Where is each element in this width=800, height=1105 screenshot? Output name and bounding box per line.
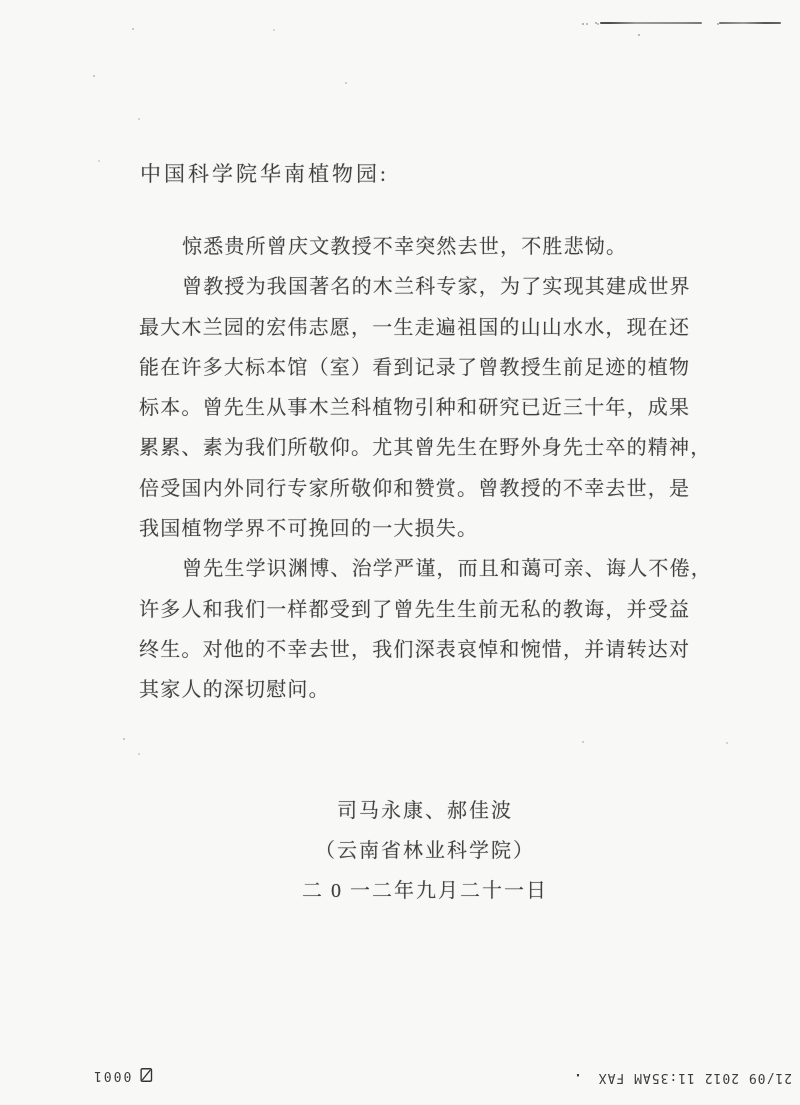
fax-page-counter: 0001 [92, 1068, 152, 1083]
letter-line: 许多人和我们一样都受到了曾先生生前无私的教诲，并受益 [139, 590, 704, 630]
letter-line: 曾先生学识渊博、治学严谨，而且和蔼可亲、诲人不倦， [139, 549, 704, 589]
scan-streak [719, 22, 781, 24]
scan-speck [138, 753, 140, 755]
letter-line: 曾教授为我国著名的木兰科专家，为了实现其建成世界 [139, 267, 704, 307]
letter-body: 惊悉贵所曾庆文教授不幸突然去世，不胜悲恸。曾教授为我国著名的木兰科专家，为了实现… [139, 227, 704, 711]
scan-speck [273, 29, 275, 31]
signature-block: 司马永康、郝佳波 （云南省林业科学院） 二 0 一二年九月二十一日 [225, 791, 625, 911]
letter-line: 倍受国内外同行专家所敬仰和赞赏。曾教授的不幸去世，是 [139, 469, 704, 509]
scan-speck [93, 75, 95, 77]
letter-line: 我国植物学界不可挽回的一大损失。 [139, 509, 704, 549]
letter-line: 最大木兰园的宏伟志愿，一生走遍祖国的山山水水，现在还 [139, 308, 704, 348]
scan-speck [597, 23, 599, 25]
scan-speck [586, 23, 588, 25]
scan-speck [726, 742, 728, 744]
scanned-letter-page: 中国科学院华南植物园: 惊悉贵所曾庆文教授不幸突然去世，不胜悲恸。曾教授为我国著… [0, 0, 800, 1105]
scan-speck [98, 160, 100, 162]
scan-speck [345, 82, 347, 84]
document-page-icon [140, 1069, 152, 1083]
letter-line: 终生。对他的不幸去世，我们深表哀悼和惋惜，并请转达对 [139, 630, 704, 670]
fax-timestamp-text: 21/09 2012 11:35AM FAX [598, 1070, 792, 1085]
scan-speck [638, 34, 640, 36]
scan-speck [123, 738, 125, 740]
scan-speck [138, 118, 140, 120]
scan-speck [717, 23, 719, 25]
fax-separator-dot: . [573, 1070, 582, 1085]
scan-streak [600, 22, 702, 24]
letter-line: 其家人的深切慰问。 [139, 670, 704, 710]
scan-speck [582, 741, 584, 743]
scan-speck [582, 23, 584, 25]
letter-line: 能在许多大标本馆（室）看到记录了曾教授生前足迹的植物 [139, 348, 704, 388]
letter-line: 累累、素为我们所敬仰。尤其曾先生在野外身先士卒的精神， [139, 428, 704, 468]
letter-date: 二 0 一二年九月二十一日 [225, 871, 625, 911]
letter-line: 惊悉贵所曾庆文教授不幸突然去世，不胜悲恸。 [139, 227, 704, 267]
recipient-salutation: 中国科学院华南植物园: [140, 158, 389, 188]
letter-line: 标本。曾先生从事木兰科植物引种和研究已近三十年，成果 [139, 388, 704, 428]
fax-page-number: 0001 [92, 1068, 131, 1083]
signer-names: 司马永康、郝佳波 [225, 791, 625, 831]
fax-timestamp: 21/09 2012 11:35AM FAX . [573, 1070, 792, 1085]
signer-affiliation: （云南省林业科学院） [225, 831, 625, 871]
scan-speck [132, 28, 134, 30]
